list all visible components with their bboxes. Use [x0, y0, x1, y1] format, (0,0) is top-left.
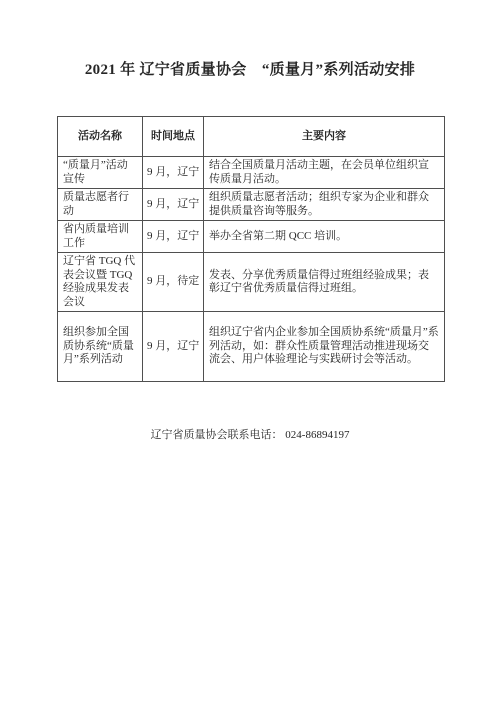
table-header-row: 活动名称 时间地点 主要内容 — [58, 117, 445, 157]
table-header-main-content: 主要内容 — [204, 117, 445, 157]
activity-name-cell: 组织参加全国质协系统“质量月”系列活动 — [58, 312, 143, 382]
time-location-cell: 9 月，辽宁 — [143, 312, 204, 382]
activities-table: 活动名称 时间地点 主要内容 “质量月”活动宣传 9 月，辽宁 结合全国质量月活… — [57, 116, 445, 382]
main-content-cell: 组织辽宁省内企业参加全国质协系统“质量月”系列活动，如：群众性质量管理活动推进现… — [204, 312, 445, 382]
table-row: 省内质量培训工作 9 月，辽宁 举办全省第二期 QCC 培训。 — [58, 221, 445, 253]
table-row: 组织参加全国质协系统“质量月”系列活动 9 月，辽宁 组织辽宁省内企业参加全国质… — [58, 312, 445, 382]
table-header-activity-name: 活动名称 — [58, 117, 143, 157]
main-content-cell: 举办全省第二期 QCC 培训。 — [204, 221, 445, 253]
table-row: “质量月”活动宣传 9 月，辽宁 结合全国质量月活动主题，在会员单位组织宣传质量… — [58, 157, 445, 189]
table-row: 质量志愿者行动 9 月，辽宁 组织质量志愿者活动；组织专家为企业和群众提供质量咨… — [58, 189, 445, 221]
main-content-cell: 结合全国质量月活动主题，在会员单位组织宣传质量月活动。 — [204, 157, 445, 189]
time-location-cell: 9 月，辽宁 — [143, 157, 204, 189]
time-location-cell: 9 月，辽宁 — [143, 221, 204, 253]
document-title: 2021 年 辽宁省质量协会 “质量月”系列活动安排 — [0, 58, 500, 79]
activity-name-cell: 质量志愿者行动 — [58, 189, 143, 221]
table-header-time-location: 时间地点 — [143, 117, 204, 157]
main-content-cell: 发表、分享优秀质量信得过班组经验成果；表彰辽宁省优秀质量信得过班组。 — [204, 253, 445, 312]
contact-phone-line: 辽宁省质量协会联系电话： 024-86894197 — [0, 426, 500, 442]
time-location-cell: 9 月，辽宁 — [143, 189, 204, 221]
main-content-cell: 组织质量志愿者活动；组织专家为企业和群众提供质量咨询等服务。 — [204, 189, 445, 221]
activity-name-cell: 辽宁省 TGQ 代表会议暨 TGQ 经验成果发表会议 — [58, 253, 143, 312]
time-location-cell: 9 月，待定 — [143, 253, 204, 312]
activity-name-cell: “质量月”活动宣传 — [58, 157, 143, 189]
activity-name-cell: 省内质量培训工作 — [58, 221, 143, 253]
table-row: 辽宁省 TGQ 代表会议暨 TGQ 经验成果发表会议 9 月，待定 发表、分享优… — [58, 253, 445, 312]
